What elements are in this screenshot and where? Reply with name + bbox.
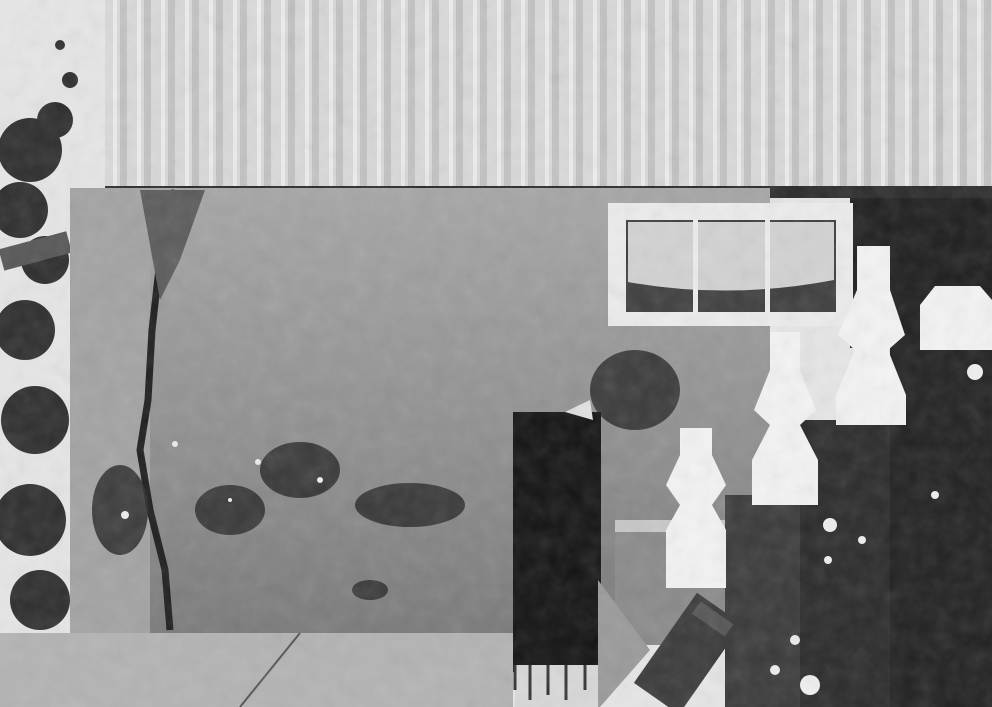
film-grain [0,0,992,707]
photograph [0,0,992,707]
photo-scene [0,0,992,707]
